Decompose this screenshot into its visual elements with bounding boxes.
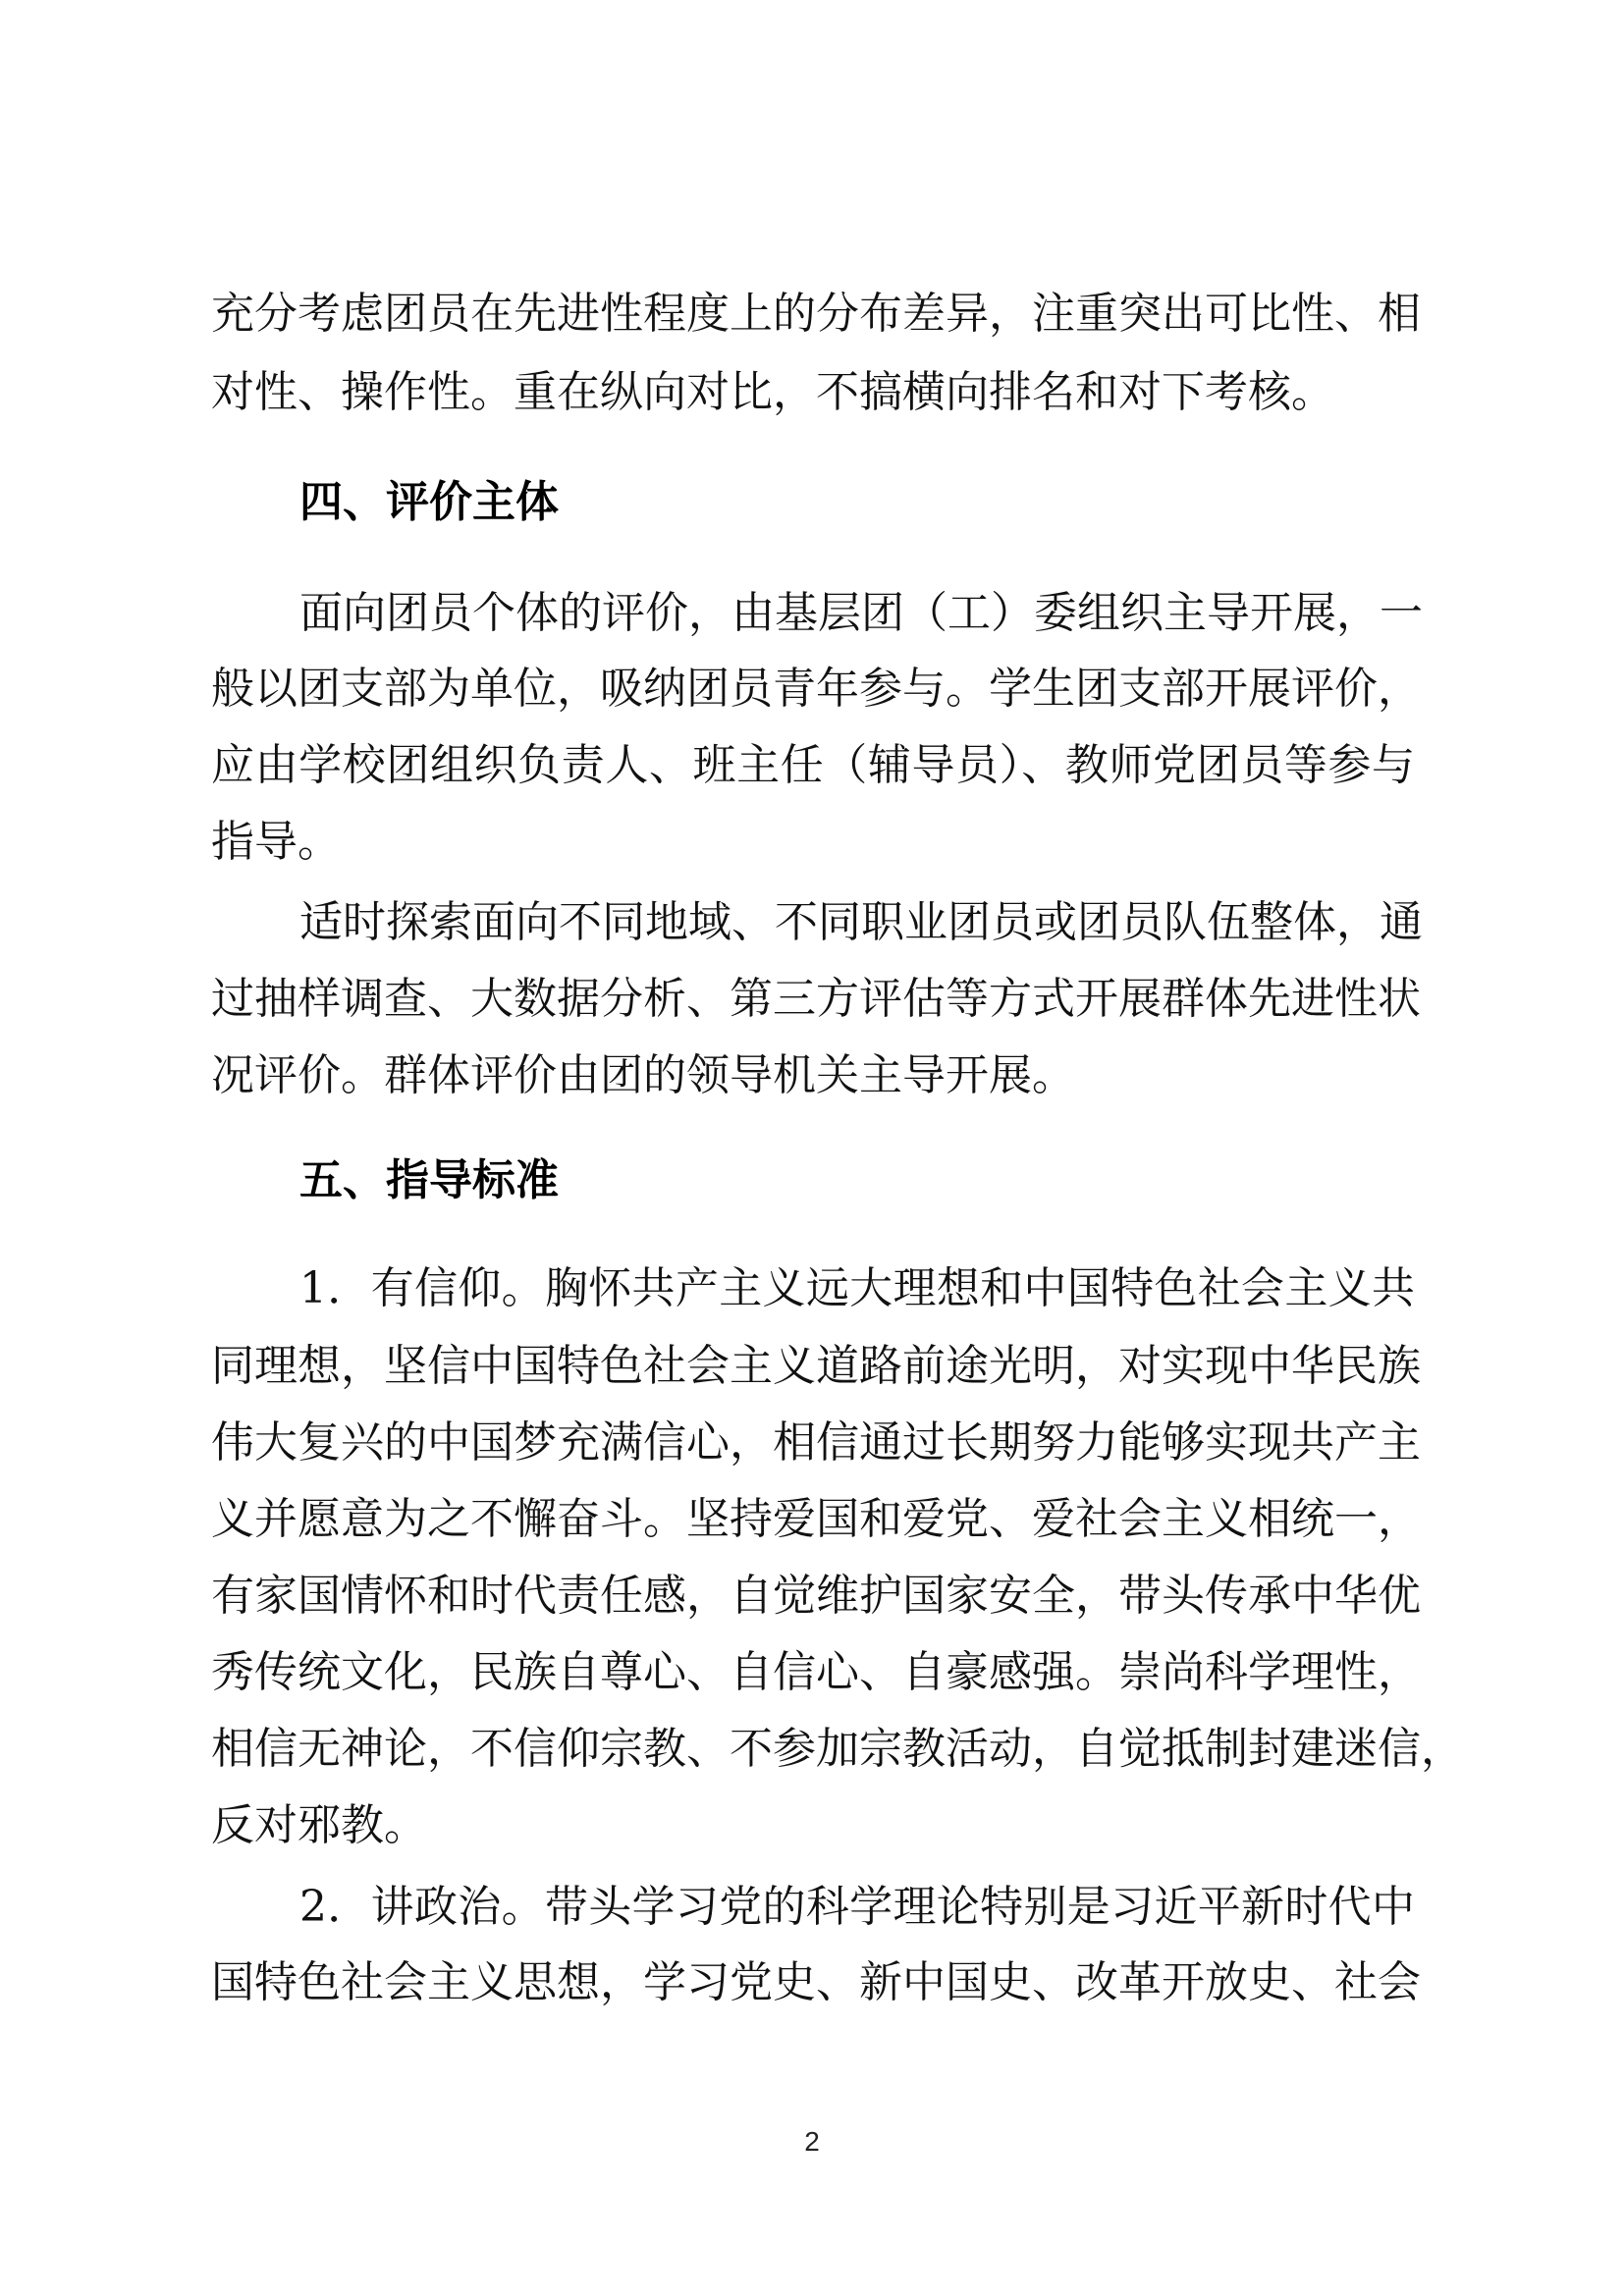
paragraph-line: 反对邪教。 [211, 1796, 1415, 1855]
paragraph-line: 般以团支部为单位，吸纳团员青年参与。学生团支部开展评价， [211, 660, 1415, 719]
paragraph-line: 应由学校团组织负责人、班主任（辅导员）、教师党团员等参与 [211, 736, 1415, 795]
section-heading-evaluation-subject: 四、评价主体 [299, 473, 559, 532]
page-number: 2 [795, 2122, 829, 2162]
paragraph-line: 1．有信仰。胸怀共产主义远大理想和中国特色社会主义共 [299, 1259, 1415, 1318]
paragraph-line: 过抽样调查、大数据分析、第三方评估等方式开展群体先进性状 [211, 970, 1415, 1029]
paragraph-line: 2．讲政治。带头学习党的科学理论特别是习近平新时代中 [299, 1878, 1415, 1937]
paragraph-line: 秀传统文化，民族自尊心、自信心、自豪感强。崇尚科学理性， [211, 1643, 1415, 1702]
document-page: 充分考虑团员在先进性程度上的分布差异，注重突出可比性、相 对性、操作性。重在纵向… [0, 0, 1624, 2296]
paragraph-line: 相信无神论，不信仰宗教、不参加宗教活动，自觉抵制封建迷信， [211, 1720, 1415, 1779]
paragraph-line: 指导。 [211, 813, 1415, 872]
section-heading-guiding-standards: 五、指导标准 [299, 1151, 559, 1210]
paragraph-line: 国特色社会主义思想，学习党史、新中国史、改革开放史、社会 [211, 1953, 1415, 2012]
paragraph-line: 面向团员个体的评价，由基层团（工）委组织主导开展，一 [299, 584, 1415, 643]
paragraph-line: 况评价。群体评价由团的领导机关主导开展。 [211, 1046, 1415, 1105]
paragraph-line: 适时探索面向不同地域、不同职业团员或团员队伍整体，通 [299, 893, 1415, 952]
paragraph-line: 充分考虑团员在先进性程度上的分布差异，注重突出可比性、相 [211, 285, 1415, 344]
paragraph-line: 义并愿意为之不懈奋斗。坚持爱国和爱党、爱社会主义相统一， [211, 1490, 1415, 1549]
paragraph-line: 对性、操作性。重在纵向对比，不搞横向排名和对下考核。 [211, 363, 1415, 422]
paragraph-line: 伟大复兴的中国梦充满信心，相信通过长期努力能够实现共产主 [211, 1414, 1415, 1472]
paragraph-line: 有家国情怀和时代责任感，自觉维护国家安全，带头传承中华优 [211, 1567, 1415, 1626]
paragraph-line: 同理想，坚信中国特色社会主义道路前途光明，对实现中华民族 [211, 1337, 1415, 1396]
